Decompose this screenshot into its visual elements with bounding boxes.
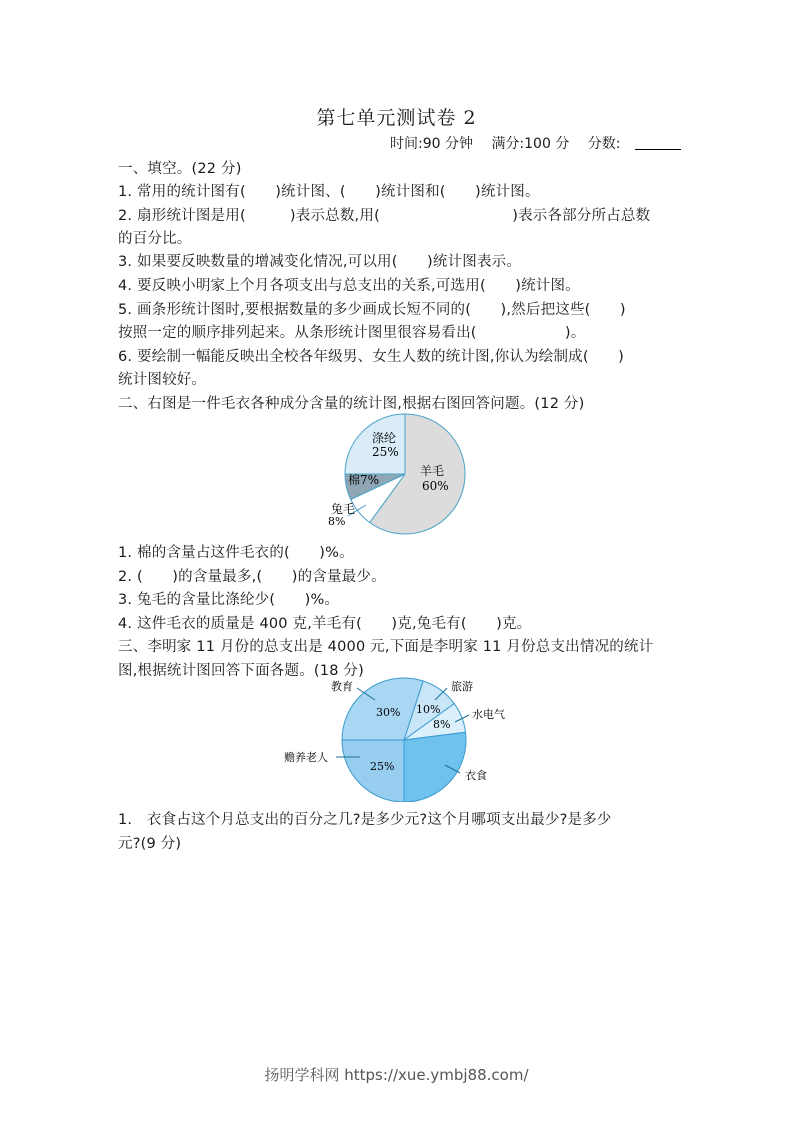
svg-text:羊毛: 羊毛: [420, 463, 444, 478]
svg-text:8%: 8%: [433, 718, 450, 731]
footer-watermark: 扬明学科网 https://xue.ymbj88.com/: [0, 1064, 793, 1085]
svg-text:25%: 25%: [370, 760, 394, 773]
section3-heading: 三、李明家 11 月份的总支出是 4000 元,下面是李明家 11 月份总支出情…: [118, 635, 653, 656]
s1-line: 4. 要反映小明家上个月各项支出与总支出的关系,可选用( )统计图。: [118, 274, 580, 295]
sweater-pie-chart: 涤纶 25% 羊毛 60% 棉7% 兔毛 8%: [320, 410, 470, 535]
s1-line: 统计图较好。: [118, 368, 206, 389]
s2-line: 4. 这件毛衣的质量是 400 克,羊毛有( )克,兔毛有( )克。: [118, 612, 531, 633]
svg-text:25%: 25%: [372, 445, 399, 459]
svg-text:教育: 教育: [331, 679, 353, 693]
section1-heading: 一、填空。(22 分): [118, 157, 242, 178]
s1-line: 3. 如果要反映数量的增减变化情况,可以用( )统计图表示。: [118, 250, 521, 271]
svg-text:涤纶: 涤纶: [372, 431, 396, 445]
s2-line: 3. 兔毛的含量比涤纶少( )%。: [118, 588, 339, 609]
svg-text:10%: 10%: [416, 703, 440, 716]
exam-full-score: 满分:100 分: [491, 136, 569, 152]
svg-text:兔毛: 兔毛: [331, 502, 355, 516]
s2-line: 1. 棉的含量占这件毛衣的( )%。: [118, 541, 354, 562]
score-blank[interactable]: [635, 135, 681, 150]
score-label: 分数:: [588, 136, 621, 152]
s1-line: 1. 常用的统计图有( )统计图、( )统计图和( )统计图。: [118, 180, 540, 201]
svg-text:赡养老人: 赡养老人: [284, 750, 328, 764]
s2-line: 2. ( )的含量最多,( )的含量最少。: [118, 565, 386, 586]
s1-line: 的百分比。: [118, 227, 192, 248]
s3-question-1: 1. 衣食占这个月总支出的百分之几?是多少元?这个月哪项支出最少?是多少: [118, 808, 612, 829]
exam-meta: 时间:90 分钟 满分:100 分 分数:: [390, 133, 681, 153]
expense-pie-chart: 教育 30% 旅游 10% 水电气 8% 赡养老人 25% 衣食: [270, 672, 520, 802]
svg-text:8%: 8%: [328, 515, 345, 528]
svg-text:60%: 60%: [422, 479, 449, 493]
s1-line: 5. 画条形统计图时,要根据数量的多少画成长短不同的( ),然后把这些( ): [118, 298, 626, 319]
s1-line: 按照一定的顺序排列起来。从条形统计图里很容易看出( )。: [118, 321, 585, 342]
exam-time: 时间:90 分钟: [390, 136, 473, 152]
s3-question-1-cont: 元?(9 分): [118, 832, 181, 853]
svg-text:水电气: 水电气: [472, 707, 505, 721]
svg-text:30%: 30%: [376, 706, 400, 719]
page-title: 第七单元测试卷 2: [0, 103, 793, 130]
svg-text:棉7%: 棉7%: [348, 472, 379, 487]
svg-text:旅游: 旅游: [451, 679, 473, 693]
s1-line: 2. 扇形统计图是用( )表示总数,用( )表示各部分所占总数: [118, 204, 650, 225]
svg-text:衣食: 衣食: [465, 769, 487, 782]
s1-line: 6. 要绘制一幅能反映出全校各年级男、女生人数的统计图,你认为绘制成( ): [118, 345, 624, 366]
